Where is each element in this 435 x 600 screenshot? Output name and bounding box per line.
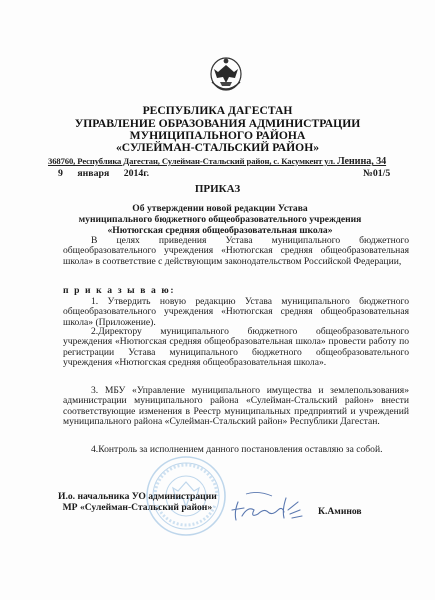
- signer-position-line-2: МР «Сулейман-Стальский район»: [58, 502, 217, 513]
- order-item-text: 3. МБУ «Управление муниципального имущес…: [63, 386, 409, 427]
- order-item-1: 1. Утвердить новую редакцию Устава муниц…: [63, 297, 409, 328]
- order-item-4: 4.Контроль за исполнением данного постан…: [63, 445, 409, 455]
- document-page: РЕСПУБЛИКА ДАГЕСТАН УПРАВЛЕНИЕ ОБРАЗОВАН…: [0, 0, 435, 600]
- handwritten-signature-icon: [228, 488, 308, 526]
- header-district-name: «СУЛЕЙМАН-СТАЛЬСКИЙ РАЙОН»: [0, 141, 435, 154]
- signer-name: К.Аминов: [318, 506, 362, 517]
- address-main: 368760, Республика Дагестан, Сулейман-Ст…: [48, 156, 337, 166]
- order-item-text: 1. Утвердить новую редакцию Устава муниц…: [63, 297, 409, 328]
- order-number: №01/5: [363, 168, 390, 179]
- signer-position: И.о. начальника УО администрации МР «Сул…: [58, 491, 217, 513]
- date-month: января: [77, 168, 109, 179]
- order-date: 9 января 2014г.: [58, 168, 161, 179]
- intro-text: В целях приведения Устава муниципального…: [63, 236, 409, 267]
- address-line: 368760, Республика Дагестан, Сулейман-Ст…: [48, 156, 382, 167]
- order-item-text: 2.Директору муниципального бюджетного об…: [63, 327, 409, 368]
- signer-position-line-1: И.о. начальника УО администрации: [58, 491, 217, 502]
- order-word: п р и к а з ы в а ю:: [63, 286, 409, 296]
- order-item-3: 3. МБУ «Управление муниципального имущес…: [63, 386, 409, 427]
- coat-of-arms-icon: [207, 52, 245, 94]
- address-street: Ленина, 34: [337, 156, 386, 167]
- order-title: ПРИКАЗ: [0, 183, 435, 195]
- date-day: 9: [58, 168, 63, 179]
- order-item-text: 4.Контроль за исполнением данного постан…: [63, 445, 409, 455]
- subject-line-1: Об утверждении новой редакции Устава: [60, 203, 380, 214]
- header-republic: РЕСПУБЛИКА ДАГЕСТАН: [0, 104, 435, 117]
- subject-line-2: муниципального бюджетного общеобразовате…: [60, 214, 380, 225]
- intro-paragraph: В целях приведения Устава муниципального…: [63, 236, 409, 267]
- order-item-2: 2.Директору муниципального бюджетного об…: [63, 327, 409, 368]
- date-year: 2014г.: [124, 168, 149, 179]
- order-subject: Об утверждении новой редакции Устава мун…: [60, 203, 380, 236]
